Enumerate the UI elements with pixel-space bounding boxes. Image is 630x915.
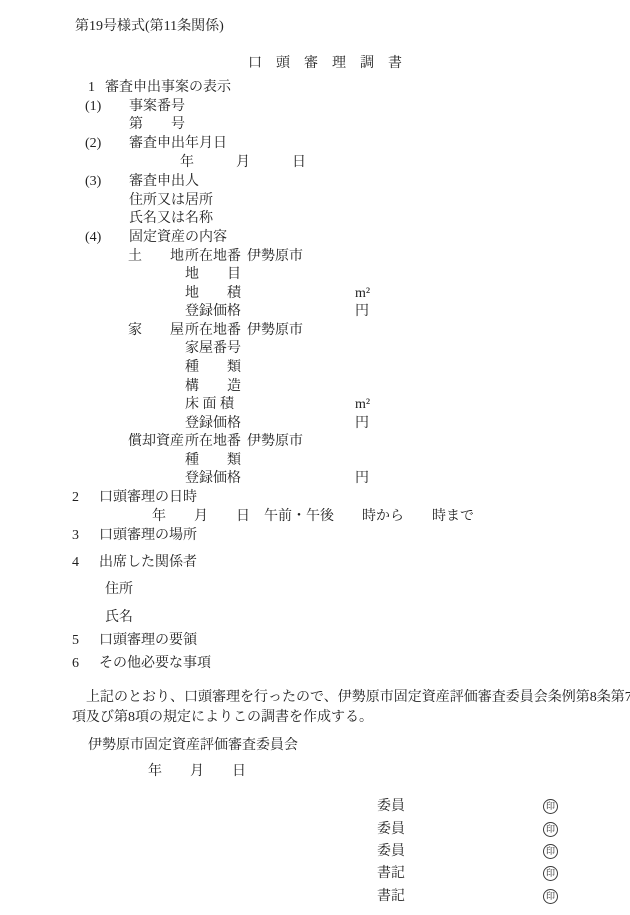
section-1-number: 1 xyxy=(88,78,95,97)
asset-row-label: 登録価格 xyxy=(185,302,241,321)
asset-row-value: 伊勢原市 xyxy=(247,432,303,451)
asset-row-label: 所在地番 xyxy=(185,432,241,451)
seal-glyph: 印 xyxy=(546,825,555,834)
asset-row-label: 登録価格 xyxy=(185,469,241,488)
appeal-date-line: 年 月 日 xyxy=(180,153,306,172)
asset-depreciable-type: 償却資産 xyxy=(128,432,184,451)
signature-role: 書記 xyxy=(377,864,405,883)
item-3-label: 審査申出人 xyxy=(129,172,199,191)
committee-name: 伊勢原市固定資産評価審査委員会 xyxy=(88,736,298,755)
closing-paragraph: 上記のとおり、口頭審理を行ったので、伊勢原市固定資産評価審査委員会条例第8条第7… xyxy=(72,688,630,728)
asset-row-unit: 円 xyxy=(355,302,369,321)
item-4-label: 固定資産の内容 xyxy=(129,228,227,247)
section-4-heading: 出席した関係者 xyxy=(99,553,197,572)
signature-role: 書記 xyxy=(377,887,405,906)
seal-icon: 印 xyxy=(543,866,558,881)
asset-house-type: 家 屋 xyxy=(128,321,184,340)
document-page: 第19号様式(第11条関係) 口 頭 審 理 調 書 1 審査申出事案の表示 (… xyxy=(0,0,630,915)
section-2-heading: 口頭審理の日時 xyxy=(99,488,197,507)
seal-glyph: 印 xyxy=(546,847,555,856)
asset-row-label: 床 面 積 xyxy=(185,395,234,414)
item-1-number: (1) xyxy=(85,97,101,116)
section-4-number: 4 xyxy=(72,553,79,572)
signature-role: 委員 xyxy=(377,842,405,861)
asset-row-value: 伊勢原市 xyxy=(247,247,303,266)
item-4-number: (4) xyxy=(85,228,101,247)
asset-row-label: 種 類 xyxy=(185,358,241,377)
case-number-line: 第 号 xyxy=(129,115,185,134)
seal-icon: 印 xyxy=(543,822,558,837)
signature-role: 委員 xyxy=(377,797,405,816)
section-5-number: 5 xyxy=(72,631,79,650)
asset-row-label: 地 目 xyxy=(185,265,241,284)
seal-icon: 印 xyxy=(543,844,558,859)
seal-glyph: 印 xyxy=(546,892,555,901)
seal-icon: 印 xyxy=(543,799,558,814)
asset-row-unit: 円 xyxy=(355,414,369,433)
asset-row-unit: m² xyxy=(355,395,370,414)
seal-glyph: 印 xyxy=(546,869,555,878)
asset-row-label: 家屋番号 xyxy=(185,339,241,358)
section-3-number: 3 xyxy=(72,526,79,545)
item-3-number: (3) xyxy=(85,172,101,191)
asset-row-label: 所在地番 xyxy=(185,247,241,266)
section-1-heading: 審査申出事案の表示 xyxy=(105,78,231,97)
asset-row-label: 所在地番 xyxy=(185,321,241,340)
committee-date-line: 年 月 日 xyxy=(148,762,246,781)
section-2-number: 2 xyxy=(72,488,79,507)
asset-row-label: 登録価格 xyxy=(185,414,241,433)
asset-row-label: 種 類 xyxy=(185,451,241,470)
asset-row-label: 地 積 xyxy=(185,284,241,303)
attendee-address-label: 住所 xyxy=(105,580,133,599)
asset-row-unit: m² xyxy=(355,284,370,303)
item-2-number: (2) xyxy=(85,134,101,153)
section-6-heading: その他必要な事項 xyxy=(99,654,211,673)
asset-row-value: 伊勢原市 xyxy=(247,321,303,340)
section-5-heading: 口頭審理の要領 xyxy=(99,631,197,650)
section-3-heading: 口頭審理の場所 xyxy=(99,526,197,545)
item-1-label: 事案番号 xyxy=(129,97,185,116)
section-6-number: 6 xyxy=(72,654,79,673)
address-or-residence-label: 住所又は居所 xyxy=(129,191,213,210)
asset-row-unit: 円 xyxy=(355,469,369,488)
hearing-datetime-line: 年 月 日 午前・午後 時から 時まで xyxy=(152,507,474,526)
asset-row-label: 構 造 xyxy=(185,377,241,396)
form-number: 第19号様式(第11条関係) xyxy=(75,17,224,36)
seal-glyph: 印 xyxy=(546,802,555,811)
document-title: 口 頭 審 理 調 書 xyxy=(248,54,402,73)
item-2-label: 審査申出年月日 xyxy=(129,134,227,153)
name-or-title-label: 氏名又は名称 xyxy=(129,209,213,228)
seal-icon: 印 xyxy=(543,889,558,904)
signature-role: 委員 xyxy=(377,820,405,839)
asset-land-type: 土 地 xyxy=(128,247,184,266)
attendee-name-label: 氏名 xyxy=(105,608,133,627)
